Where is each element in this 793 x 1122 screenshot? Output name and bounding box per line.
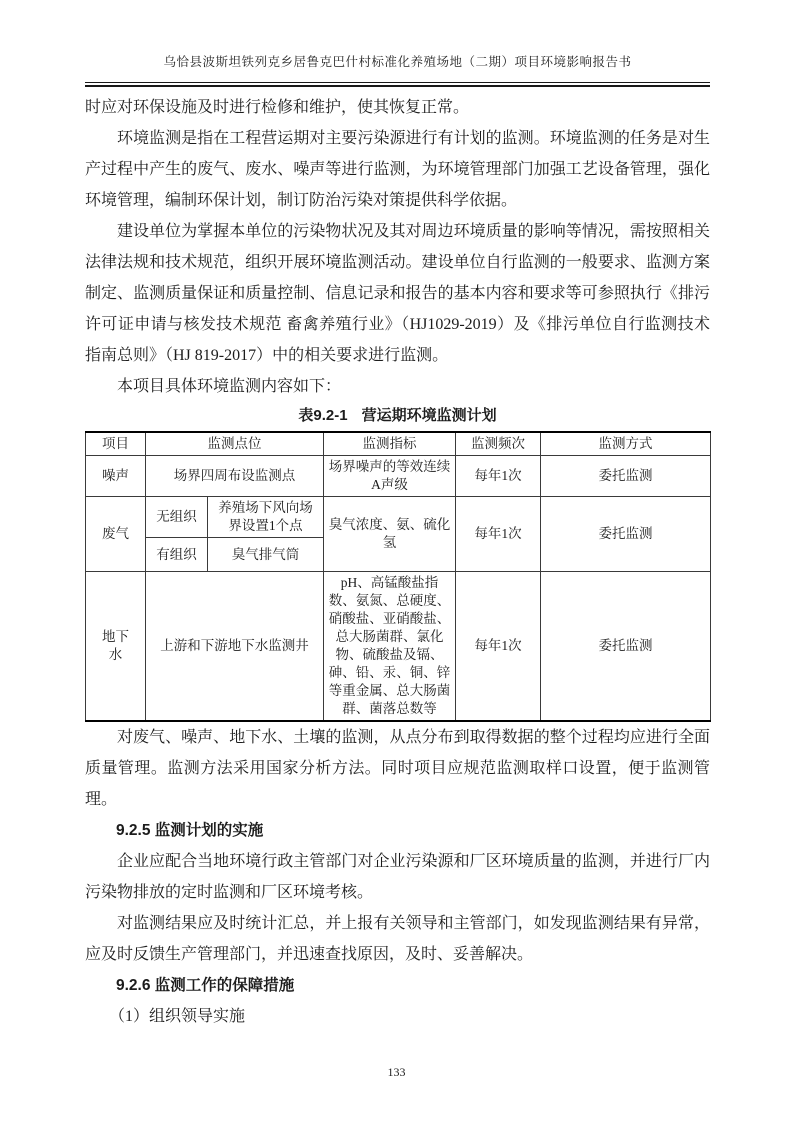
- table-caption-title: 营运期环境监测计划: [362, 407, 497, 424]
- cell-groundwater-item-text: 地下水: [100, 628, 131, 664]
- cell-gas-unorganized-label: 无组织: [146, 497, 208, 538]
- table-caption: 表9.2-1营运期环境监测计划: [85, 403, 710, 429]
- cell-noise-frequency: 每年1次: [456, 456, 541, 497]
- col-header-method: 监测方式: [541, 432, 711, 456]
- col-header-item: 项目: [86, 432, 146, 456]
- cell-gas-organized-location: 臭气排气筒: [208, 538, 324, 572]
- cell-groundwater-indicator: pH、高锰酸盐指数、氨氮、总硬度、硝酸盐、亚硝酸盐、总大肠菌群、氯化物、硫酸盐及…: [324, 572, 456, 722]
- paragraph-enterprise: 企业应配合当地环境行政主管部门对企业污染源和厂区环境质量的监测，并进行厂内污染物…: [85, 846, 710, 908]
- paragraph-table-intro: 本项目具体环境监测内容如下：: [85, 371, 710, 402]
- cell-gas-unorganized-location: 养殖场下风向场界设置1个点: [208, 497, 324, 538]
- paragraph-item-1: （1）组织领导实施: [85, 1001, 710, 1032]
- monitoring-plan-table: 项目 监测点位 监测指标 监测频次 监测方式 噪声 场界四周布设监测点 场界噪声…: [85, 431, 711, 722]
- cell-groundwater-frequency: 每年1次: [456, 572, 541, 722]
- cell-gas-indicator: 臭气浓度、氨、硫化氢: [324, 497, 456, 572]
- table-row-groundwater: 地下水 上游和下游地下水监测井 pH、高锰酸盐指数、氨氮、总硬度、硝酸盐、亚硝酸…: [86, 572, 711, 722]
- paragraph-construction-unit: 建设单位为掌握本单位的污染物状况及其对周边环境质量的影响等情况，需按照相关法律法…: [85, 216, 710, 371]
- document-body: 时应对环保设施及时进行检修和维护，使其恢复正常。 环境监测是指在工程营运期对主要…: [85, 92, 710, 1032]
- cell-groundwater-method: 委托监测: [541, 572, 711, 722]
- cell-noise-indicator: 场界噪声的等效连续A声级: [324, 456, 456, 497]
- col-header-frequency: 监测频次: [456, 432, 541, 456]
- table-row-gas-unorganized: 废气 无组织 养殖场下风向场界设置1个点 臭气浓度、氨、硫化氢 每年1次 委托监…: [86, 497, 711, 538]
- section-heading-9-2-6: 9.2.6 监测工作的保障措施: [116, 970, 710, 1001]
- report-header-title: 乌恰县波斯坦铁列克乡居鲁克巴什村标准化养殖场地（二期）项目环境影响报告书: [85, 54, 710, 70]
- cell-groundwater-location: 上游和下游地下水监测井: [146, 572, 324, 722]
- section-heading-9-2-5: 9.2.5 监测计划的实施: [116, 815, 710, 846]
- cell-gas-organized-label: 有组织: [146, 538, 208, 572]
- table-header-row: 项目 监测点位 监测指标 监测频次 监测方式: [86, 432, 711, 456]
- document-page: 乌恰县波斯坦铁列克乡居鲁克巴什村标准化养殖场地（二期）项目环境影响报告书 时应对…: [0, 0, 793, 1122]
- paragraph-results: 对监测结果应及时统计汇总，并上报有关领导和主管部门，如发现监测结果有异常，应及时…: [85, 908, 710, 970]
- cell-noise-location: 场界四周布设监测点: [146, 456, 324, 497]
- paragraph-continuation: 时应对环保设施及时进行检修和维护，使其恢复正常。: [85, 92, 710, 123]
- cell-gas-frequency: 每年1次: [456, 497, 541, 572]
- paragraph-quality-management: 对废气、噪声、地下水、土壤的监测，从点分布到取得数据的整个过程均应进行全面质量管…: [85, 722, 710, 815]
- cell-gas-item: 废气: [86, 497, 146, 572]
- paragraph-env-monitoring: 环境监测是指在工程营运期对主要污染源进行有计划的监测。环境监测的任务是对生产过程…: [85, 123, 710, 216]
- cell-groundwater-item: 地下水: [86, 572, 146, 722]
- col-header-indicator: 监测指标: [324, 432, 456, 456]
- table-row-noise: 噪声 场界四周布设监测点 场界噪声的等效连续A声级 每年1次 委托监测: [86, 456, 711, 497]
- page-content: 乌恰县波斯坦铁列克乡居鲁克巴什村标准化养殖场地（二期）项目环境影响报告书 时应对…: [0, 0, 793, 1032]
- cell-noise-method: 委托监测: [541, 456, 711, 497]
- cell-noise-item: 噪声: [86, 456, 146, 497]
- cell-gas-method: 委托监测: [541, 497, 711, 572]
- table-caption-label: 表9.2-1: [298, 407, 347, 424]
- header-divider-rule: [85, 82, 710, 87]
- page-number: 133: [0, 1065, 793, 1080]
- col-header-location: 监测点位: [146, 432, 324, 456]
